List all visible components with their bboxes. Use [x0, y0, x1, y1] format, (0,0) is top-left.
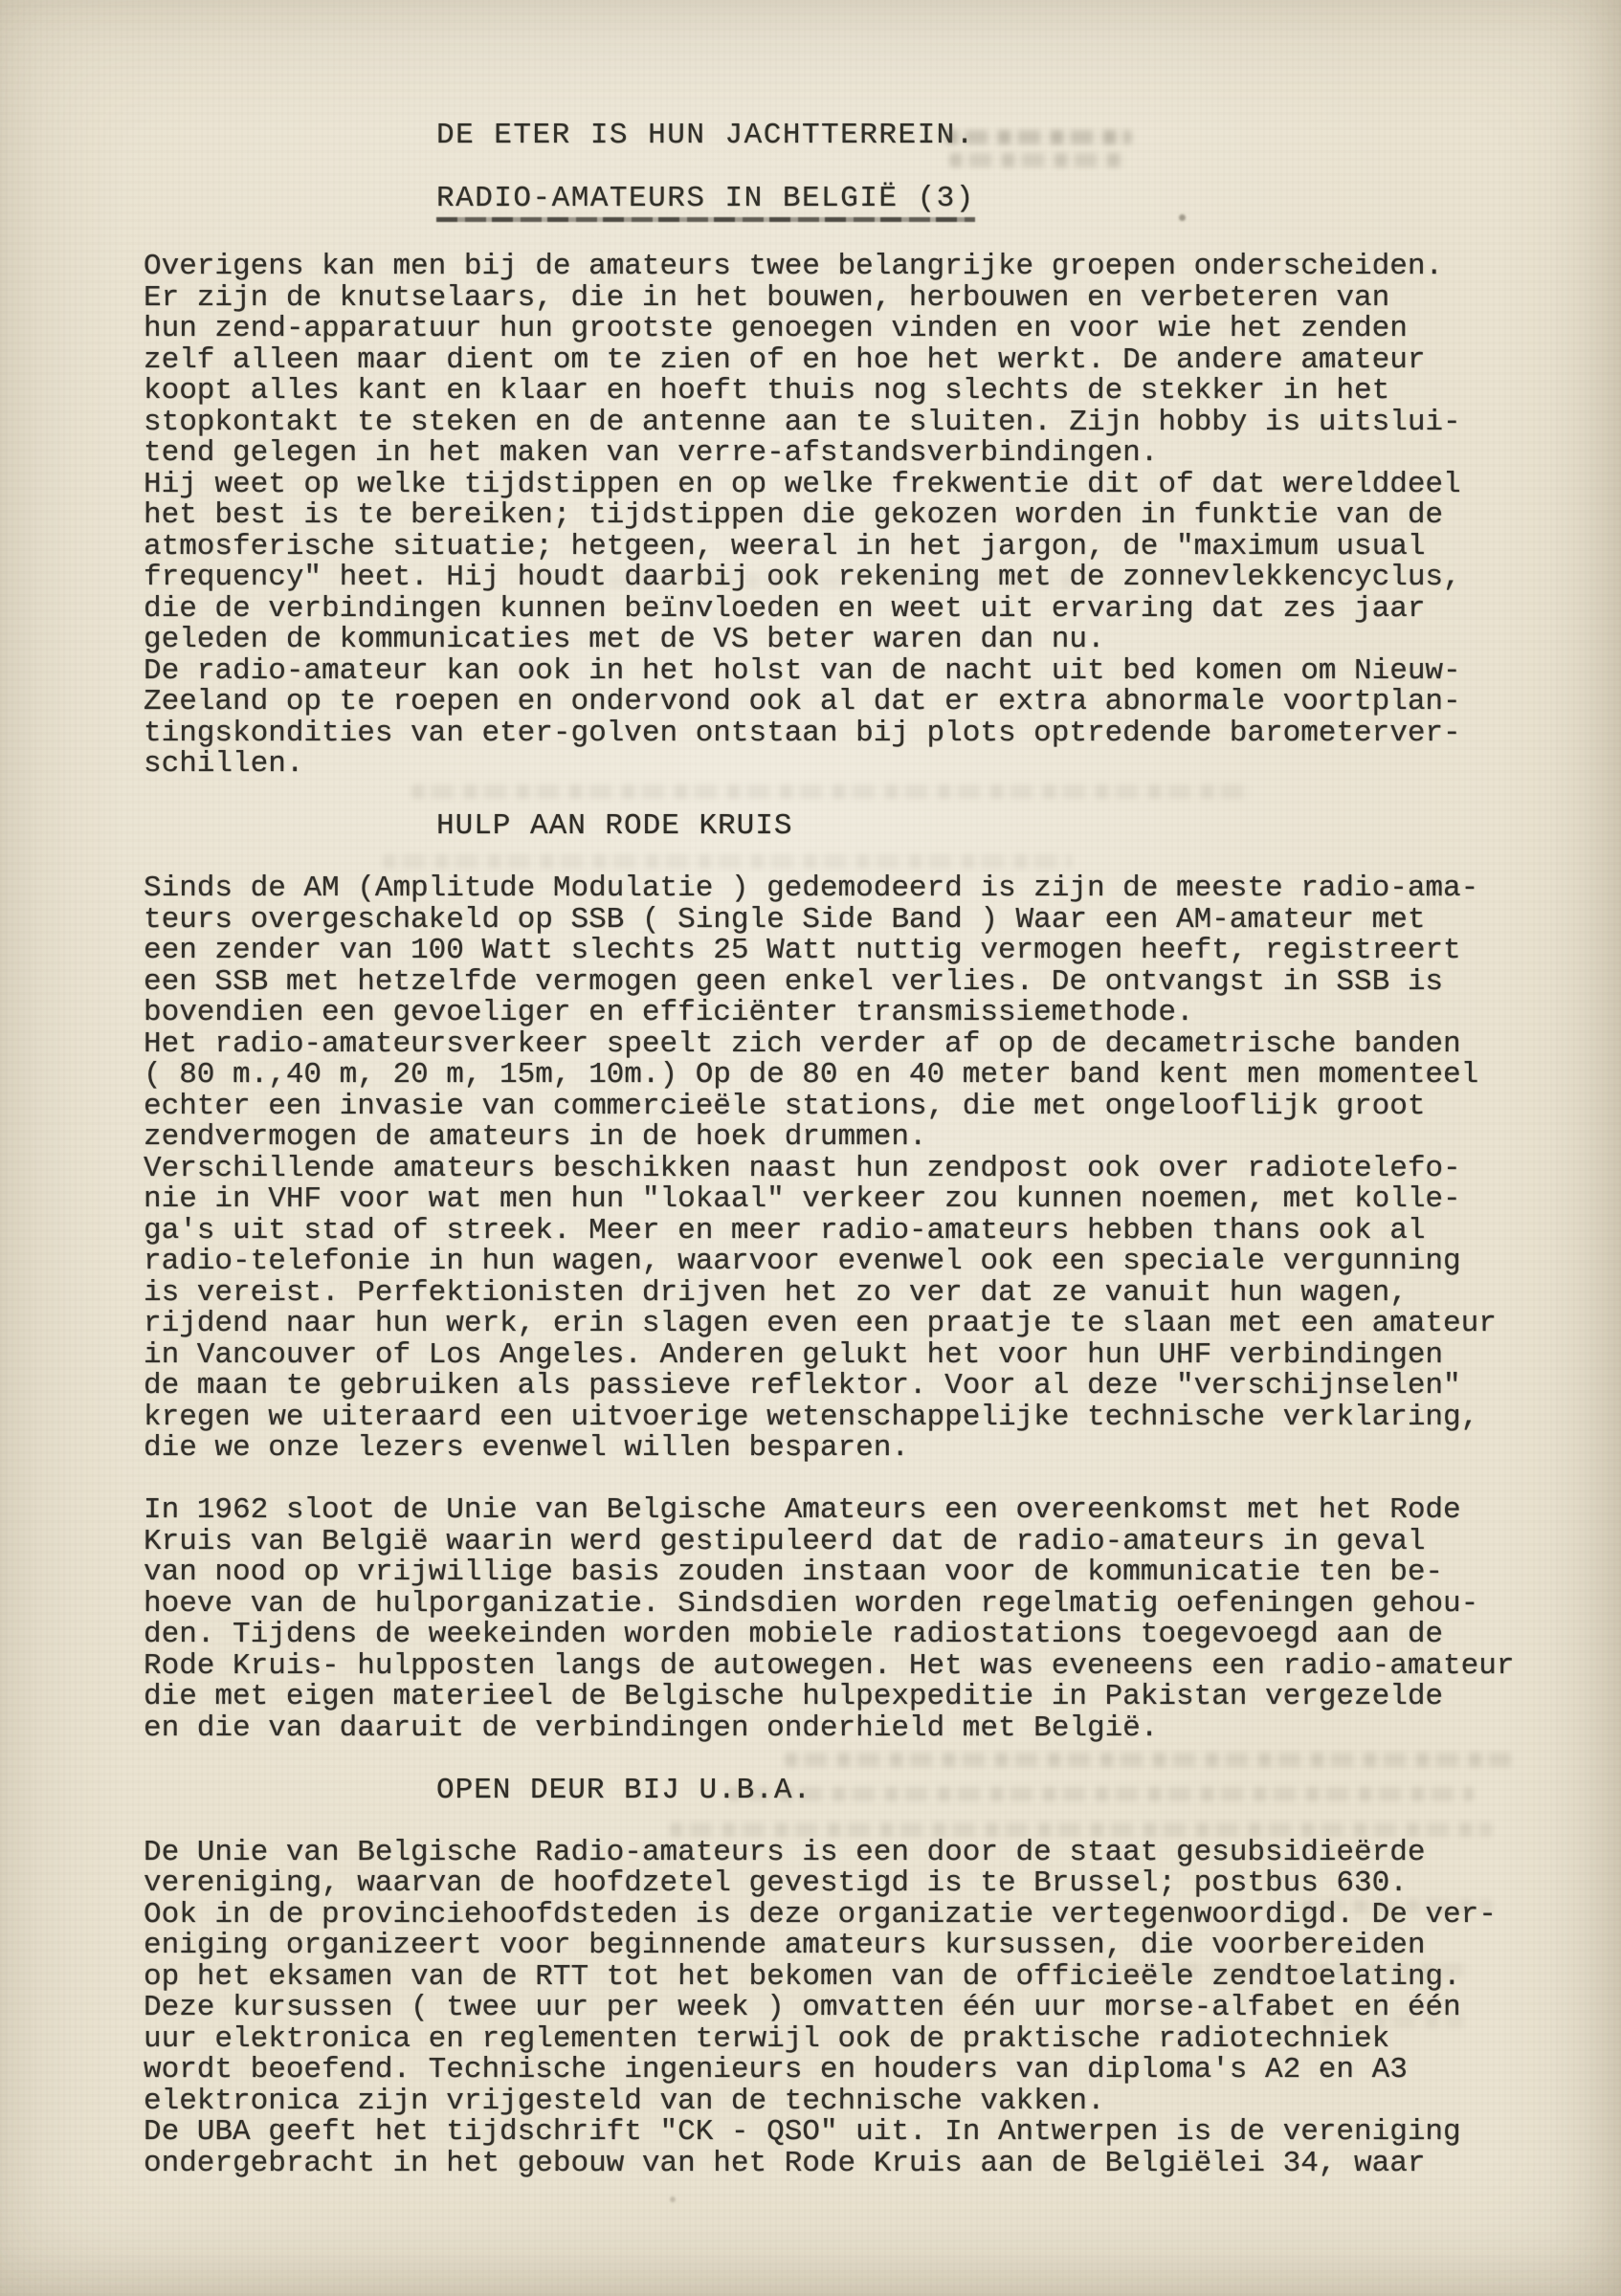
text-line: De Unie van Belgische Radio-amateurs is … — [144, 1838, 1579, 1869]
text-line: zendvermogen de amateurs in de hoek drum… — [144, 1122, 1579, 1154]
text-line: kregen we uiteraard een uitvoerige weten… — [144, 1402, 1579, 1434]
text-line: stopkontakt te steken en de antenne aan … — [144, 408, 1579, 439]
text-line: geleden de kommunicaties met de VS beter… — [144, 625, 1579, 656]
text-line: een zender van 100 Watt slechts 25 Watt … — [144, 936, 1579, 967]
text-line: in Vancouver of Los Angeles. Anderen gel… — [144, 1340, 1579, 1372]
text-line: het best is te bereiken; tijdstippen die… — [144, 500, 1579, 532]
text-line: rijdend naar hun werk, erin slagen even … — [144, 1309, 1579, 1340]
bleedthrough-smudge — [949, 153, 1126, 167]
text-line: zelf alleen maar dient om te zien of en … — [144, 345, 1579, 377]
text-line: Rode Kruis- hulpposten langs de autowege… — [144, 1651, 1579, 1683]
paragraph: Overigens kan men bij de amateurs twee b… — [144, 252, 1579, 781]
text-line: Kruis van België waarin werd gestipuleer… — [144, 1527, 1579, 1558]
text-line: ga's uit stad of streek. Meer en meer ra… — [144, 1216, 1579, 1247]
text-line: frequency" heet. Hij houdt daarbij ook r… — [144, 563, 1579, 594]
text-line: ondergebracht in het gebouw van het Rode… — [144, 2149, 1579, 2180]
document-title: DE ETER IS HUN JACHTTERREIN. — [436, 121, 975, 152]
ink-speck — [1179, 214, 1186, 221]
paragraph: Sinds de AM (Amplitude Modulatie ) gedem… — [144, 873, 1579, 1465]
text-line: In 1962 sloot de Unie van Belgische Amat… — [144, 1495, 1579, 1527]
text-line: hun zend-apparatuur hun grootste genoege… — [144, 314, 1579, 345]
text-line: is vereist. Perfektionisten drijven het … — [144, 1278, 1579, 1310]
text-line: nie in VHF voor wat men hun "lokaal" ver… — [144, 1184, 1579, 1216]
text-line: ( 80 m.,40 m, 20 m, 15m, 10m.) Op de 80 … — [144, 1060, 1579, 1092]
text-line: atmosferische situatie; hetgeen, weeral … — [144, 532, 1579, 563]
text-line: HULP AAN RODE KRUIS — [436, 811, 1579, 843]
text-line: Overigens kan men bij de amateurs twee b… — [144, 252, 1579, 283]
text-line: vereniging, waarvan de hoofdzetel gevest… — [144, 1868, 1579, 1900]
text-line: De UBA geeft het tijdschrift "CK - QSO" … — [144, 2117, 1579, 2149]
text-line: OPEN DEUR BIJ U.B.A. — [436, 1776, 1579, 1807]
text-line: teurs overgeschakeld op SSB ( Single Sid… — [144, 905, 1579, 937]
text-line: en die van daaruit de verbindingen onder… — [144, 1713, 1579, 1745]
section-heading: OPEN DEUR BIJ U.B.A. — [436, 1776, 1579, 1807]
text-line: Het radio-amateursverkeer speelt zich ve… — [144, 1029, 1579, 1061]
text-line: die we onze lezers evenwel willen bespar… — [144, 1433, 1579, 1465]
text-line: hoeve van de hulporganizatie. Sindsdien … — [144, 1589, 1579, 1621]
text-line: van nood op vrijwillige basis zouden ins… — [144, 1557, 1579, 1589]
text-line: den. Tijdens de weekeinden worden mobiel… — [144, 1620, 1579, 1651]
ink-speck — [670, 2197, 676, 2202]
text-line: elektronica zijn vrijgesteld van de tech… — [144, 2086, 1579, 2118]
text-line: radio-telefonie in hun wagen, waarvoor e… — [144, 1247, 1579, 1278]
text-line: Ook in de provinciehoofdsteden is deze o… — [144, 1900, 1579, 1932]
paragraph: In 1962 sloot de Unie van Belgische Amat… — [144, 1495, 1579, 1744]
document-header: DE ETER IS HUN JACHTTERREIN. RADIO-AMATE… — [436, 121, 975, 222]
text-line: Hij weet op welke tijdstippen en op welk… — [144, 470, 1579, 501]
subtitle-underline — [436, 217, 975, 222]
text-line: De radio-amateur kan ook in het holst va… — [144, 656, 1579, 688]
text-line: schillen. — [144, 749, 1579, 781]
text-line: eniging organizeert voor beginnende amat… — [144, 1931, 1579, 1962]
paragraph: De Unie van Belgische Radio-amateurs is … — [144, 1838, 1579, 2180]
document-subtitle: RADIO-AMATEURS IN BELGIË (3) — [436, 184, 975, 215]
text-line: bovendien een gevoeliger en efficiënter … — [144, 998, 1579, 1029]
text-line: een SSB met hetzelfde vermogen geen enke… — [144, 967, 1579, 999]
text-line: koopt alles kant en klaar en hoeft thuis… — [144, 376, 1579, 408]
text-line: uur elektronica en reglementen terwijl o… — [144, 2024, 1579, 2056]
text-line: Verschillende amateurs beschikken naast … — [144, 1154, 1579, 1185]
text-line: Zeeland op te roepen en ondervond ook al… — [144, 687, 1579, 718]
text-line: echter een invasie van commercieële stat… — [144, 1092, 1579, 1123]
document-subtitle-wrap: RADIO-AMATEURS IN BELGIË (3) — [436, 184, 975, 223]
section-heading: HULP AAN RODE KRUIS — [436, 811, 1579, 843]
text-line: op het eksamen van de RTT tot het bekome… — [144, 1962, 1579, 1994]
document-body: Overigens kan men bij de amateurs twee b… — [144, 252, 1579, 2179]
text-line: die de verbindingen kunnen beïnvloeden e… — [144, 594, 1579, 626]
scanned-document-page: DE ETER IS HUN JACHTTERREIN. RADIO-AMATE… — [0, 0, 1621, 2296]
text-line: Sinds de AM (Amplitude Modulatie ) gedem… — [144, 873, 1579, 905]
text-line: wordt beoefend. Technische ingenieurs en… — [144, 2055, 1579, 2086]
text-line: de maan te gebruiken als passieve reflek… — [144, 1371, 1579, 1402]
text-line: Deze kursussen ( twee uur per week ) omv… — [144, 1993, 1579, 2024]
text-line: tend gelegen in het maken van verre-afst… — [144, 438, 1579, 470]
text-line: tingskondities van eter-golven ontstaan … — [144, 718, 1579, 750]
text-line: Er zijn de knutselaars, die in het bouwe… — [144, 283, 1579, 315]
text-line: die met eigen materieel de Belgische hul… — [144, 1682, 1579, 1713]
